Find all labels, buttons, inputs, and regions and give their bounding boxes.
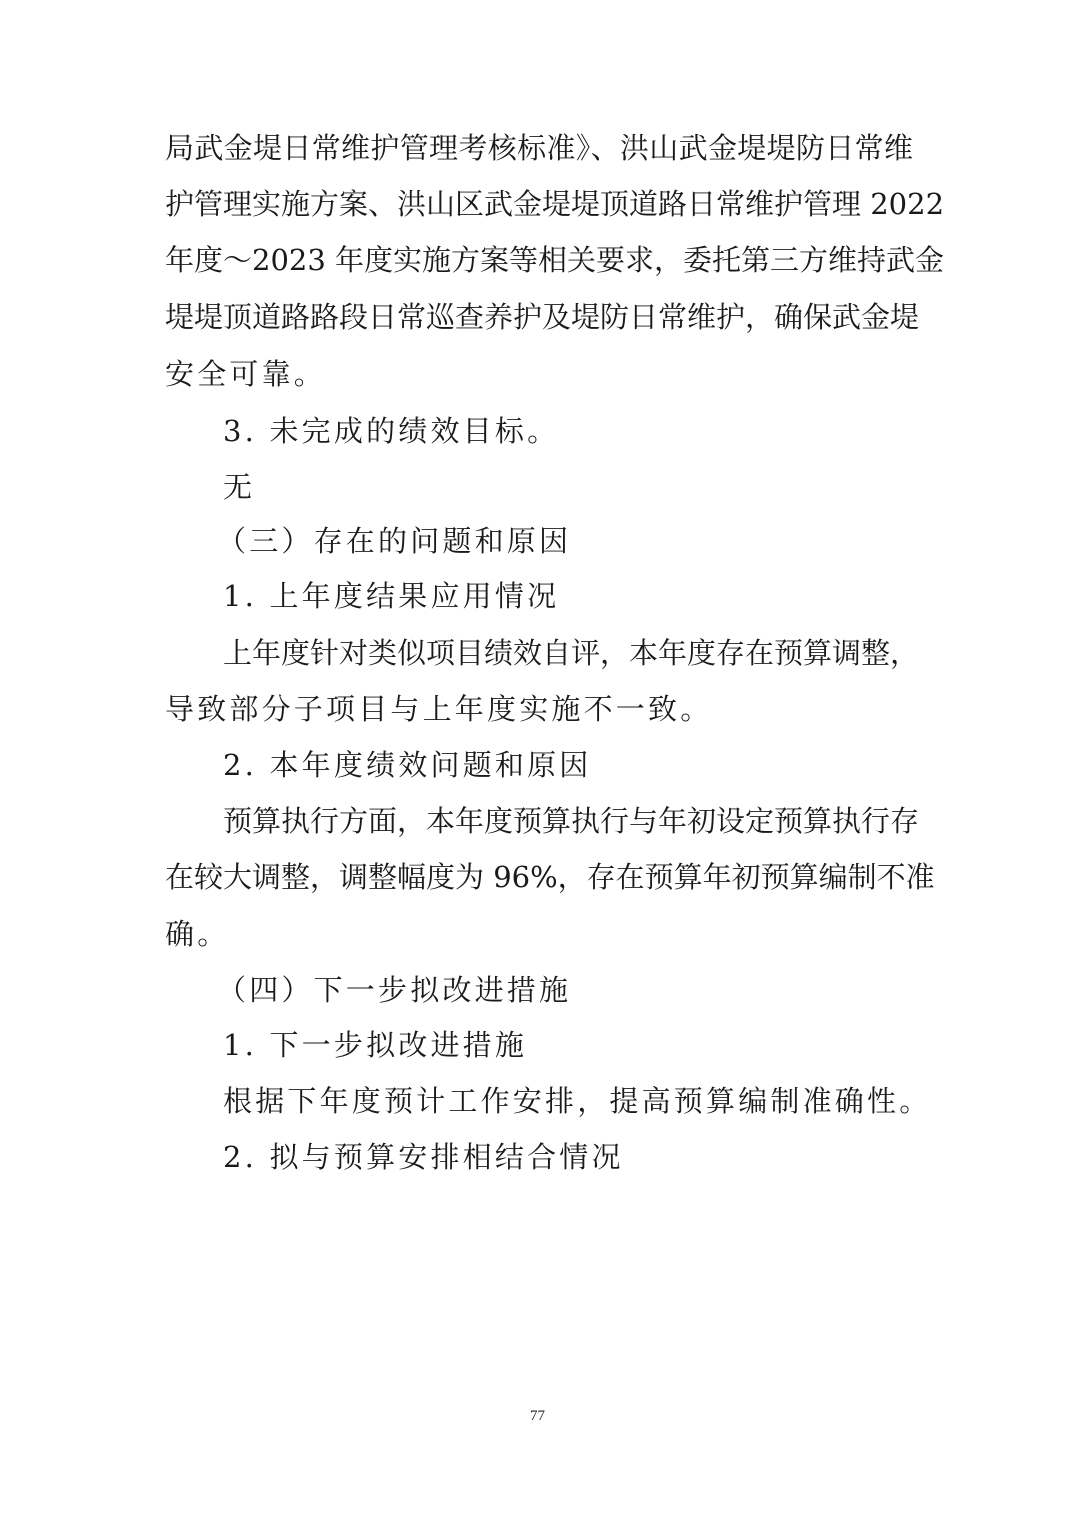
- body-text-line: 在较大调整，调整幅度为 96%，存在预算年初预算编制不准: [165, 849, 913, 905]
- body-text-line: 根据下年度预计工作安排，提高预算编制准确性。: [223, 1073, 931, 1129]
- subsection-heading: 3. 未完成的绩效目标。: [223, 403, 559, 459]
- body-text-line: 堤堤顶道路路段日常巡查养护及堤防日常维护，确保武金堤: [165, 289, 913, 345]
- body-text-line: 上年度针对类似项目绩效自评，本年度存在预算调整，: [223, 625, 913, 681]
- subsection-heading: 1. 上年度结果应用情况: [223, 568, 559, 624]
- subsection-heading: 2. 拟与预算安排相结合情况: [223, 1129, 624, 1185]
- body-text-line: 护管理实施方案、洪山区武金堤堤顶道路日常维护管理 2022: [165, 176, 913, 232]
- section-heading: （四）下一步拟改进措施: [217, 962, 571, 1018]
- body-text-line: 无: [223, 459, 255, 515]
- body-text-line: 预算执行方面，本年度预算执行与年初设定预算执行存: [223, 793, 913, 849]
- body-text-line: 导致部分子项目与上年度实施不一致。: [165, 681, 712, 737]
- body-text-line: 年度～2023 年度实施方案等相关要求，委托第三方维持武金: [165, 232, 913, 288]
- subsection-heading: 2. 本年度绩效问题和原因: [223, 737, 592, 793]
- body-text-line: 安全可靠。: [165, 346, 326, 402]
- page-number: 77: [0, 1408, 1075, 1425]
- subsection-heading: 1. 下一步拟改进措施: [223, 1017, 527, 1073]
- body-text-line: 局武金堤日常维护管理考核标准》、洪山武金堤堤防日常维: [165, 120, 913, 176]
- section-heading: （三）存在的问题和原因: [217, 513, 571, 569]
- body-text-line: 确。: [165, 906, 229, 962]
